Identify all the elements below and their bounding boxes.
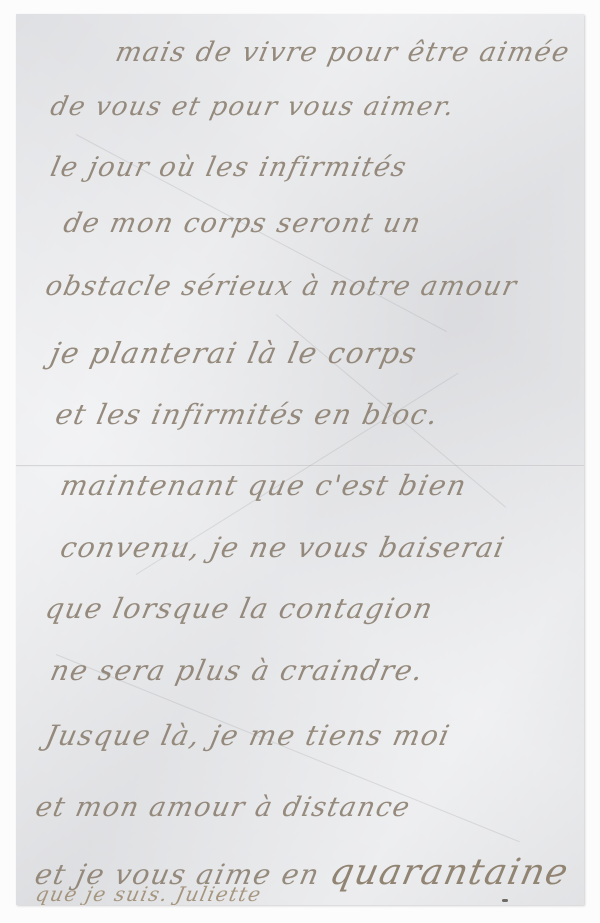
- handwritten-line: je planterai là le corps: [47, 336, 420, 370]
- emphasized-word: quarantaine: [326, 852, 573, 893]
- handwritten-line: obstacle sérieux à notre amour: [43, 271, 521, 302]
- handwritten-line: et mon amour à distance: [33, 792, 414, 823]
- handwritten-line: maintenant que c'est bien: [57, 469, 470, 502]
- handwritten-line: de mon corps seront un: [61, 208, 425, 239]
- handwritten-line: et les infirmités en bloc.: [52, 398, 442, 431]
- handwritten-line: de vous et pour vous aimer.: [48, 92, 458, 122]
- handwritten-line: convenu, je ne vous baiserai: [57, 531, 508, 564]
- scanned-letter: mais de vivre pour être aimée de vous et…: [0, 0, 600, 923]
- handwritten-line: que lorsque la contagion: [42, 592, 436, 625]
- signature-line: que je suis. Juliette: [33, 882, 264, 905]
- horizontal-fold-crease: [16, 465, 584, 467]
- handwritten-line: mais de vivre pour être aimée: [113, 37, 573, 68]
- handwritten-line: ne sera plus à craindre.: [47, 654, 427, 687]
- ink-spot: [502, 899, 508, 902]
- letter-paper: mais de vivre pour être aimée de vous et…: [16, 14, 584, 905]
- handwritten-line: Jusque là, je me tiens moi: [42, 719, 453, 752]
- handwritten-line: le jour où les infirmités: [48, 152, 411, 183]
